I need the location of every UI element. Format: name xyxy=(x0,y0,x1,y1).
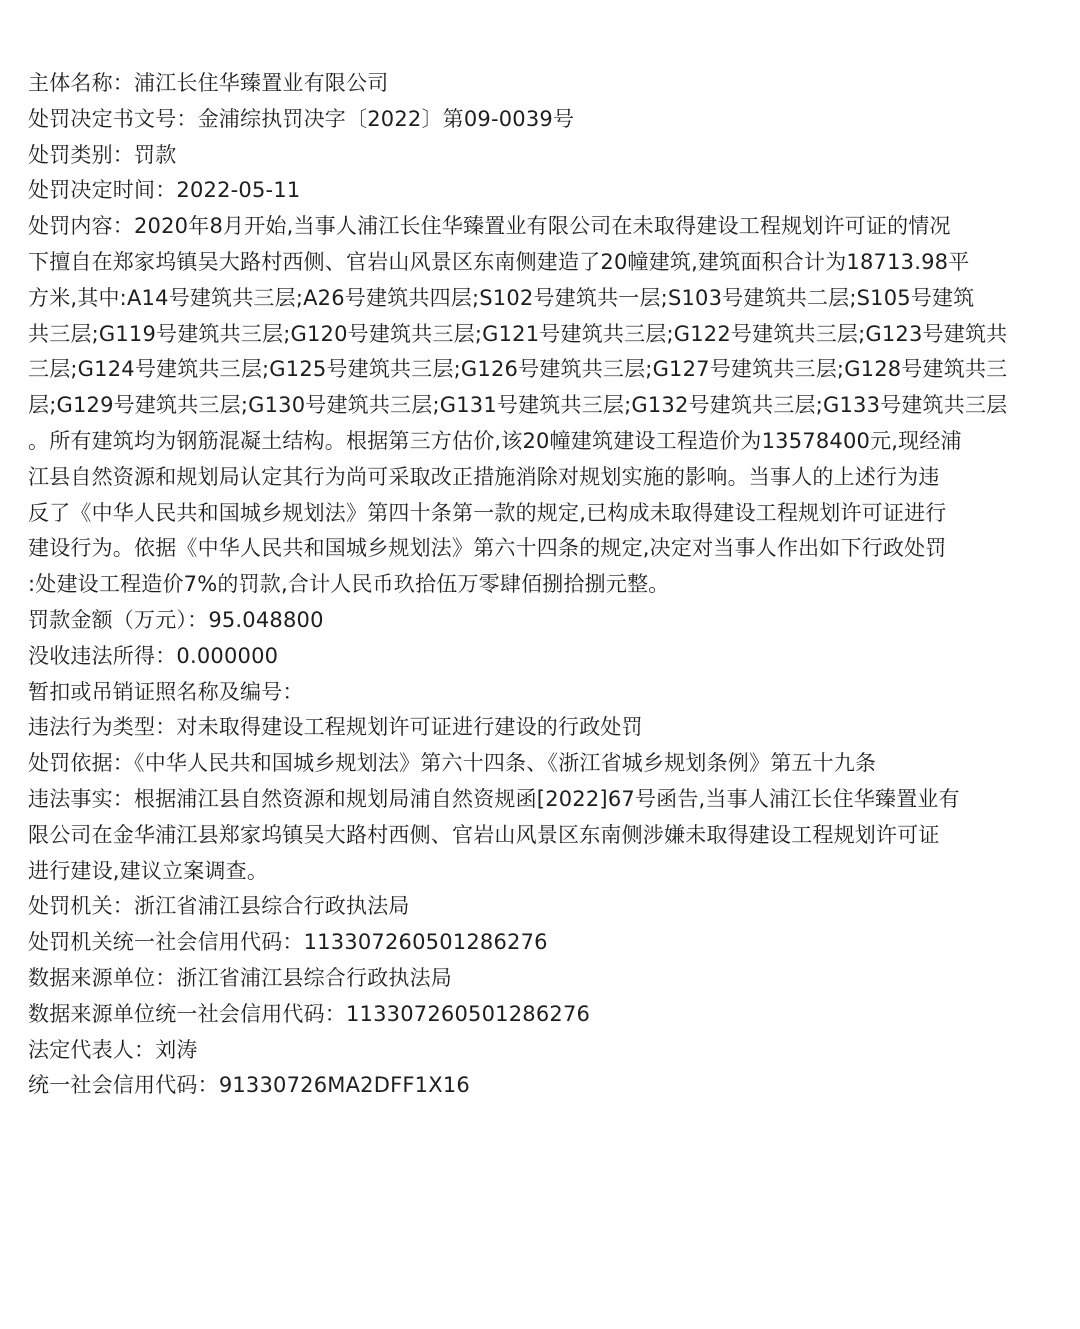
authority-value: 浙江省浦江县综合行政执法局 xyxy=(134,894,410,918)
decision-doc-no-label: 处罚决定书文号： xyxy=(28,107,198,131)
violation-facts-line: 进行建设,建议立案调查。 xyxy=(28,854,1068,890)
authority-label: 处罚机关： xyxy=(28,894,134,918)
penalty-content-line: 层;G129号建筑共三层;G130号建筑共三层;G131号建筑共三层;G132号… xyxy=(28,388,1068,424)
penalty-basis-label: 处罚依据： xyxy=(28,751,134,775)
violation-facts-paragraph: 违法事实：根据浦江县自然资源和规划局浦自然资规函[2022]67号函告,当事人浦… xyxy=(28,782,1068,889)
data-source-label: 数据来源单位： xyxy=(28,966,176,990)
license-revoked-label: 暂扣或吊销证照名称及编号： xyxy=(28,680,304,704)
entity-name-row: 主体名称：浦江长住华臻置业有限公司 xyxy=(28,66,1068,102)
legal-rep-label: 法定代表人： xyxy=(28,1038,155,1062)
legal-rep-row: 法定代表人：刘涛 xyxy=(28,1033,1068,1069)
penalty-content-line: 建设行为。依据《中华人民共和国城乡规划法》第六十四条的规定,决定对当事人作出如下… xyxy=(28,531,1068,567)
entity-name-value: 浦江长住华臻置业有限公司 xyxy=(134,71,388,95)
violation-type-value: 对未取得建设工程规划许可证进行建设的行政处罚 xyxy=(176,715,642,739)
legal-rep-value: 刘涛 xyxy=(155,1038,197,1062)
license-revoked-row: 暂扣或吊销证照名称及编号： xyxy=(28,675,1068,711)
penalty-type-row: 处罚类别：罚款 xyxy=(28,138,1068,174)
decision-doc-no-value: 金浦综执罚决字〔2022〕第09-0039号 xyxy=(198,107,575,131)
decision-date-label: 处罚决定时间： xyxy=(28,178,176,202)
fine-amount-label: 罚款金额（万元）： xyxy=(28,608,208,632)
fine-amount-value: 95.048800 xyxy=(208,608,323,632)
entity-name-label: 主体名称： xyxy=(28,71,134,95)
penalty-content-line: 下擅自在郑家坞镇吴大路村西侧、官岩山风景区东南侧建造了20幢建筑,建筑面积合计为… xyxy=(28,245,1068,281)
penalty-type-label: 处罚类别： xyxy=(28,143,134,167)
penalty-content-line: 方米,其中:A14号建筑共三层;A26号建筑共四层;S102号建筑共一层;S10… xyxy=(28,281,1068,317)
violation-facts-line: 限公司在金华浦江县郑家坞镇吴大路村西侧、官岩山风景区东南侧涉嫌未取得建设工程规划… xyxy=(28,818,1068,854)
data-source-credit-code-value: 113307260501286276 xyxy=(346,1002,590,1026)
penalty-content-line: 。所有建筑均为钢筋混凝土结构。根据第三方估价,该20幢建筑建设工程造价为1357… xyxy=(28,424,1068,460)
penalty-content-paragraph: 处罚内容：2020年8月开始,当事人浦江长住华臻置业有限公司在未取得建设工程规划… xyxy=(28,209,1068,603)
data-source-row: 数据来源单位：浙江省浦江县综合行政执法局 xyxy=(28,961,1068,997)
penalty-content-line: 处罚内容：2020年8月开始,当事人浦江长住华臻置业有限公司在未取得建设工程规划… xyxy=(28,209,1068,245)
penalty-content-line: :处建设工程造价7%的罚款,合计人民币玖拾伍万零肆佰捌拾捌元整。 xyxy=(28,567,1068,603)
credit-code-label: 统一社会信用代码： xyxy=(28,1073,219,1097)
violation-facts-line: 违法事实：根据浦江县自然资源和规划局浦自然资规函[2022]67号函告,当事人浦… xyxy=(28,782,1068,818)
fine-amount-row: 罚款金额（万元）：95.048800 xyxy=(28,603,1068,639)
authority-row: 处罚机关：浙江省浦江县综合行政执法局 xyxy=(28,889,1068,925)
penalty-content-line: 三层;G124号建筑共三层;G125号建筑共三层;G126号建筑共三层;G127… xyxy=(28,352,1068,388)
confiscated-income-label: 没收违法所得： xyxy=(28,644,176,668)
penalty-content-line: 反了《中华人民共和国城乡规划法》第四十条第一款的规定,已构成未取得建设工程规划许… xyxy=(28,496,1068,532)
credit-code-row: 统一社会信用代码：91330726MA2DFF1X16 xyxy=(28,1068,1068,1104)
violation-type-row: 违法行为类型：对未取得建设工程规划许可证进行建设的行政处罚 xyxy=(28,710,1068,746)
penalty-basis-row: 处罚依据：《中华人民共和国城乡规划法》第六十四条、《浙江省城乡规划条例》第五十九… xyxy=(28,746,1068,782)
authority-credit-code-value: 113307260501286276 xyxy=(304,930,548,954)
decision-date-value: 2022-05-11 xyxy=(176,178,300,202)
penalty-record: 主体名称：浦江长住华臻置业有限公司 处罚决定书文号：金浦综执罚决字〔2022〕第… xyxy=(28,66,1068,1104)
data-source-credit-code-label: 数据来源单位统一社会信用代码： xyxy=(28,1002,346,1026)
decision-doc-no-row: 处罚决定书文号：金浦综执罚决字〔2022〕第09-0039号 xyxy=(28,102,1068,138)
penalty-basis-value: 《中华人民共和国城乡规划法》第六十四条、《浙江省城乡规划条例》第五十九条 xyxy=(134,751,876,775)
violation-type-label: 违法行为类型： xyxy=(28,715,176,739)
penalty-content-line: 江县自然资源和规划局认定其行为尚可采取改正措施消除对规划实施的影响。当事人的上述… xyxy=(28,460,1068,496)
decision-date-row: 处罚决定时间：2022-05-11 xyxy=(28,173,1068,209)
data-source-value: 浙江省浦江县综合行政执法局 xyxy=(176,966,452,990)
credit-code-value: 91330726MA2DFF1X16 xyxy=(219,1073,470,1097)
penalty-content-line: 共三层;G119号建筑共三层;G120号建筑共三层;G121号建筑共三层;G12… xyxy=(28,317,1068,353)
penalty-type-value: 罚款 xyxy=(134,143,176,167)
confiscated-income-value: 0.000000 xyxy=(176,644,278,668)
data-source-credit-code-row: 数据来源单位统一社会信用代码：113307260501286276 xyxy=(28,997,1068,1033)
authority-credit-code-label: 处罚机关统一社会信用代码： xyxy=(28,930,304,954)
confiscated-income-row: 没收违法所得：0.000000 xyxy=(28,639,1068,675)
authority-credit-code-row: 处罚机关统一社会信用代码：113307260501286276 xyxy=(28,925,1068,961)
